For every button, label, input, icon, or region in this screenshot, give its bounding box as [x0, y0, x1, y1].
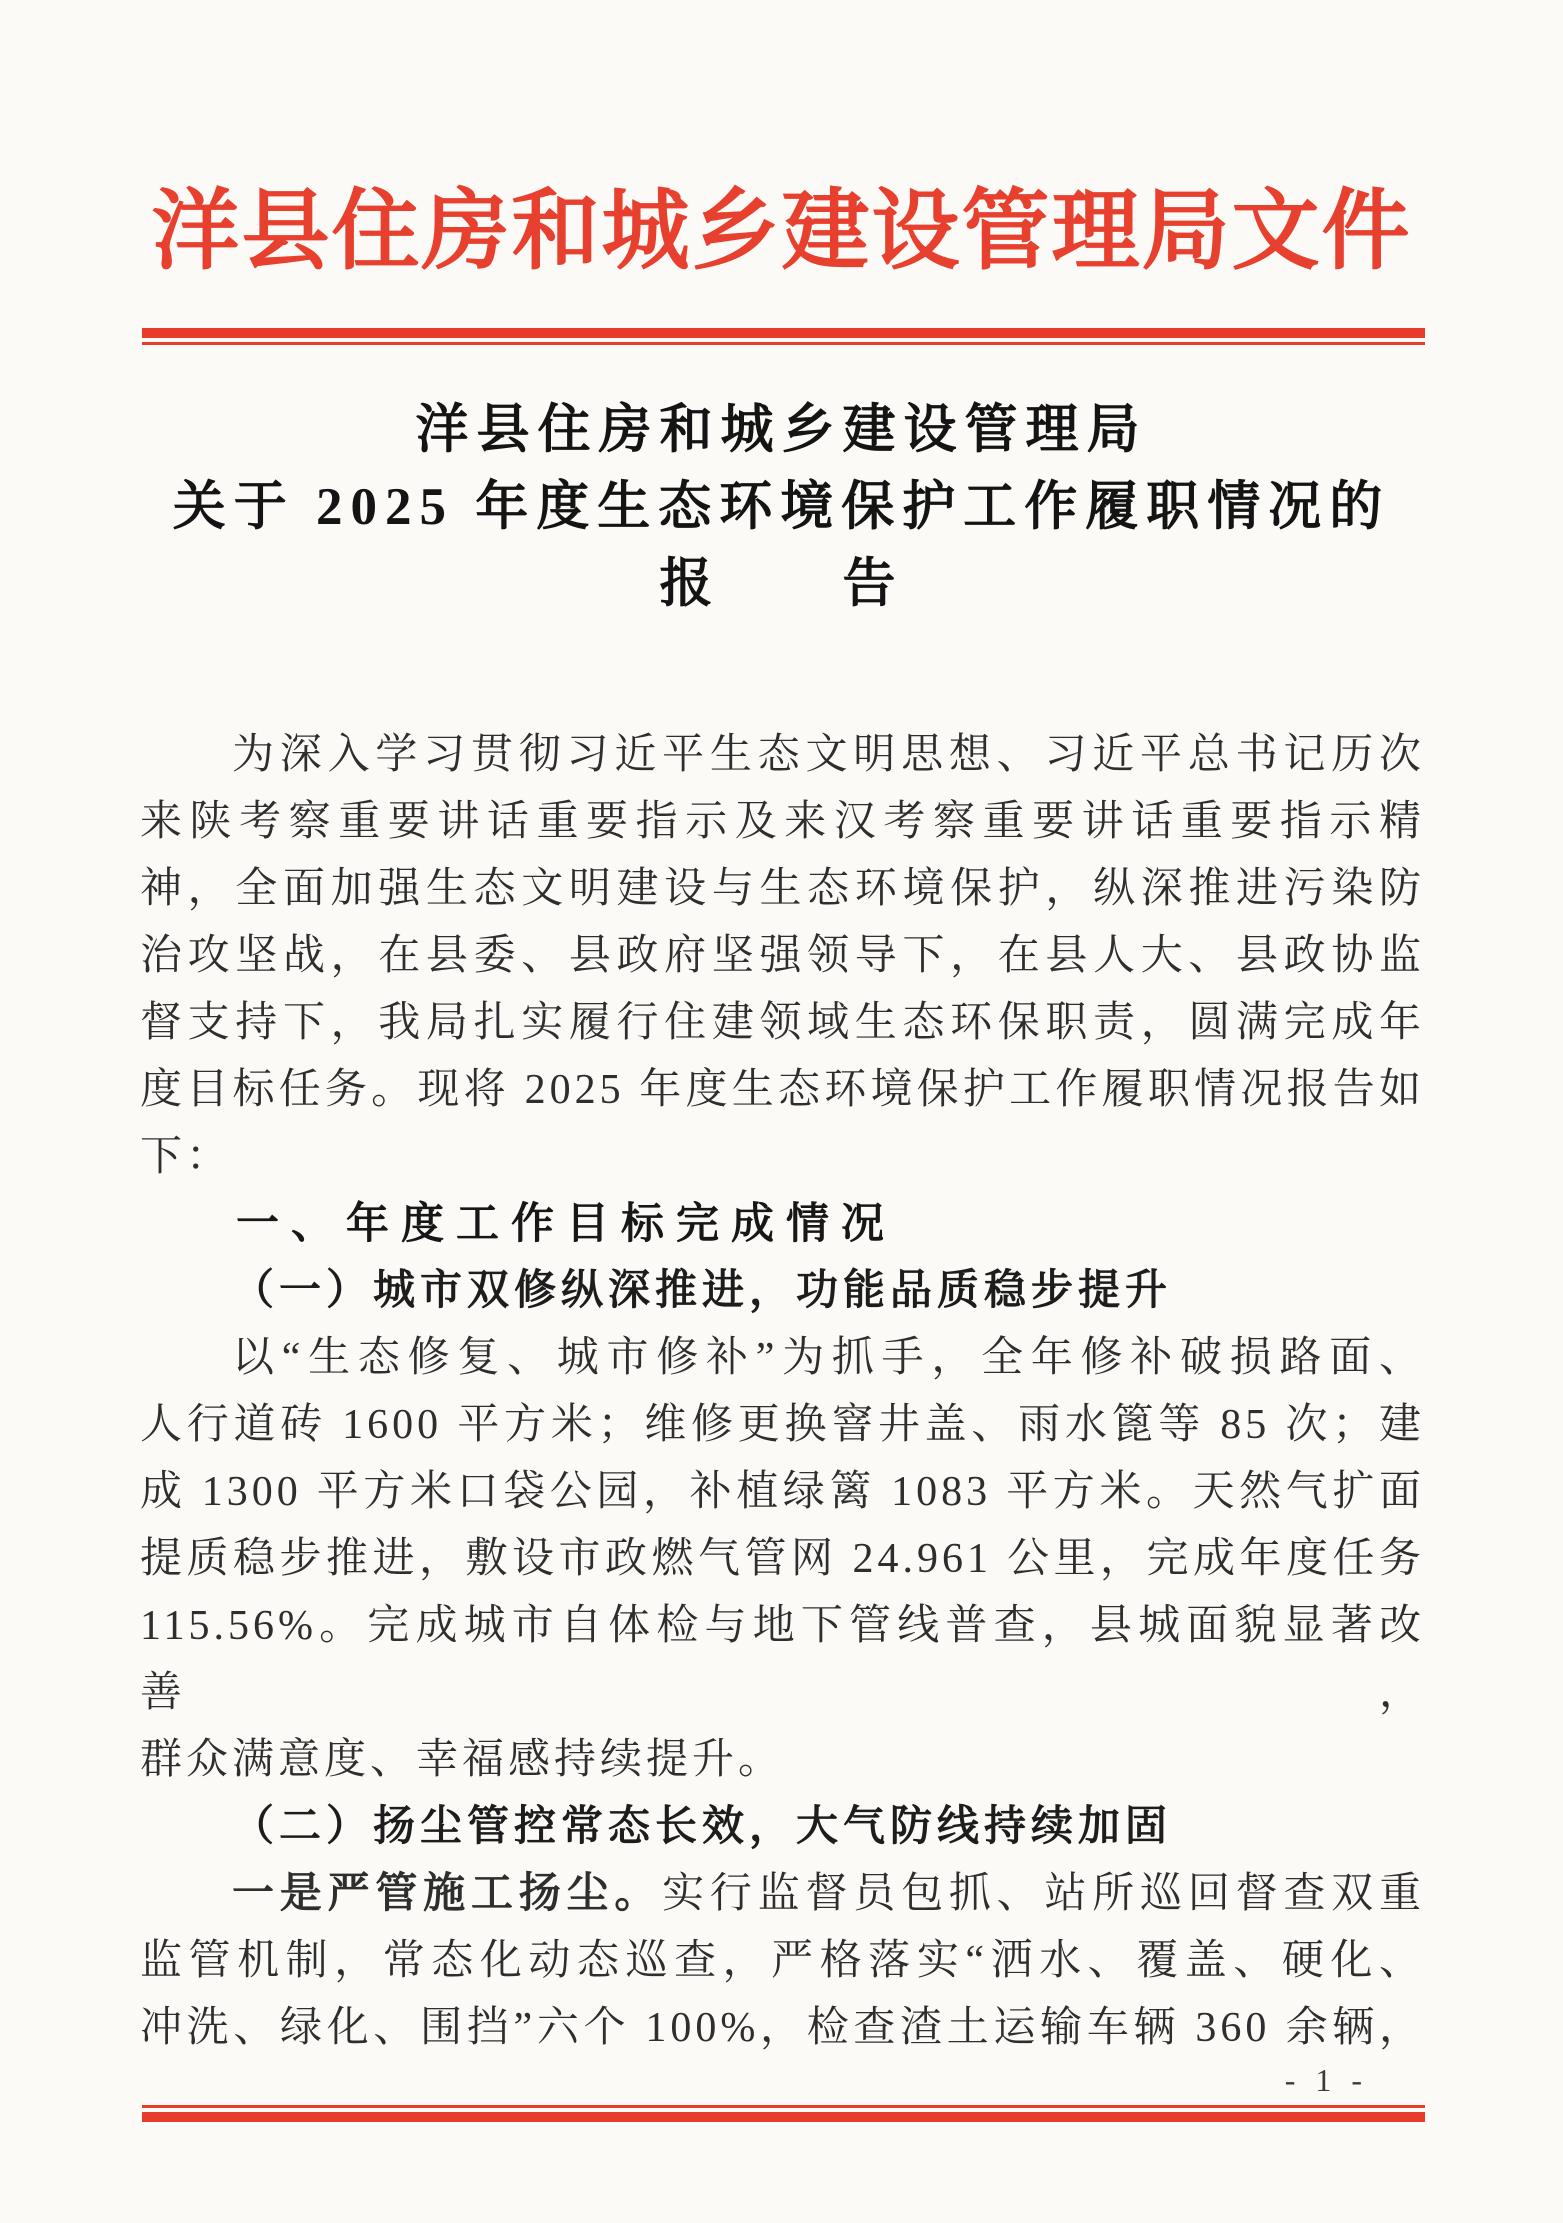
divider-thick-line — [142, 2112, 1425, 2122]
footer-divider-rule — [142, 2105, 1425, 2122]
body-line: 以“生态修复、城市修补”为抓手，全年修补破损路面、 — [140, 1325, 1425, 1392]
section-heading: （二）扬尘管控常态长效，大气防线持续加固 — [140, 1794, 1425, 1861]
body-line: 督支持下，我局扎实履行住建领域生态环保职责，圆满完成年 — [140, 990, 1425, 1057]
body-line: 人行道砖 1600 平方米；维修更换窨井盖、雨水篦等 85 次；建 — [140, 1392, 1425, 1459]
document-title: 洋县住房和城乡建设管理局 关于 2025 年度生态环境保护工作履职情况的 报 告 — [0, 392, 1563, 623]
body-line: 一是严管施工扬尘。实行监督员包抓、站所巡回督查双重 — [140, 1861, 1425, 1928]
scanned-document-page: 洋县住房和城乡建设管理局文件 洋县住房和城乡建设管理局 关于 2025 年度生态… — [0, 0, 1563, 2223]
body-line: 下： — [140, 1124, 1425, 1191]
divider-thick-line — [142, 328, 1425, 338]
body-line: 为深入学习贯彻习近平生态文明思想、习近平总书记历次 — [140, 722, 1425, 789]
body-line: 群众满意度、幸福感持续提升。 — [140, 1727, 1425, 1794]
body-line: 度目标任务。现将 2025 年度生态环境保护工作履职情况报告如 — [140, 1057, 1425, 1124]
body-line: 成 1300 平方米口袋公园，补植绿篱 1083 平方米。天然气扩面 — [140, 1459, 1425, 1526]
title-line-issuer: 洋县住房和城乡建设管理局 — [0, 392, 1563, 469]
header-divider-rule — [142, 328, 1425, 345]
page-number: - 1 - — [1285, 2062, 1368, 2099]
body-line: 提质稳步推进，敷设市政燃气管网 24.961 公里，完成年度任务 — [140, 1526, 1425, 1593]
body-line: 监管机制，常态化动态巡查，严格落实“洒水、覆盖、硬化、 — [140, 1928, 1425, 1995]
body-line: 治攻坚战，在县委、县政府坚强领导下，在县人大、县政协监 — [140, 923, 1425, 990]
title-line-subject: 关于 2025 年度生态环境保护工作履职情况的 — [0, 469, 1563, 546]
document-body: 为深入学习贯彻习近平生态文明思想、习近平总书记历次来陕考察重要讲话重要指示及来汉… — [140, 722, 1425, 2062]
title-line-report: 报 告 — [0, 546, 1563, 623]
divider-thin-line — [142, 342, 1425, 345]
section-heading: （一）城市双修纵深推进，功能品质稳步提升 — [140, 1258, 1425, 1325]
section-heading: 一、年度工作目标完成情况 — [140, 1191, 1425, 1258]
divider-thin-line — [142, 2105, 1425, 2108]
body-line: 来陕考察重要讲话重要指示及来汉考察重要讲话重要指示精 — [140, 789, 1425, 856]
body-line: 冲洗、绿化、围挡”六个 100%，检查渣土运输车辆 360 余辆， — [140, 1995, 1425, 2062]
red-header-banner: 洋县住房和城乡建设管理局文件 — [0, 178, 1563, 288]
body-line: 神，全面加强生态文明建设与生态环境保护，纵深推进污染防 — [140, 856, 1425, 923]
body-line: 115.56%。完成城市自体检与地下管线普查，县城面貌显著改善， — [140, 1593, 1425, 1727]
